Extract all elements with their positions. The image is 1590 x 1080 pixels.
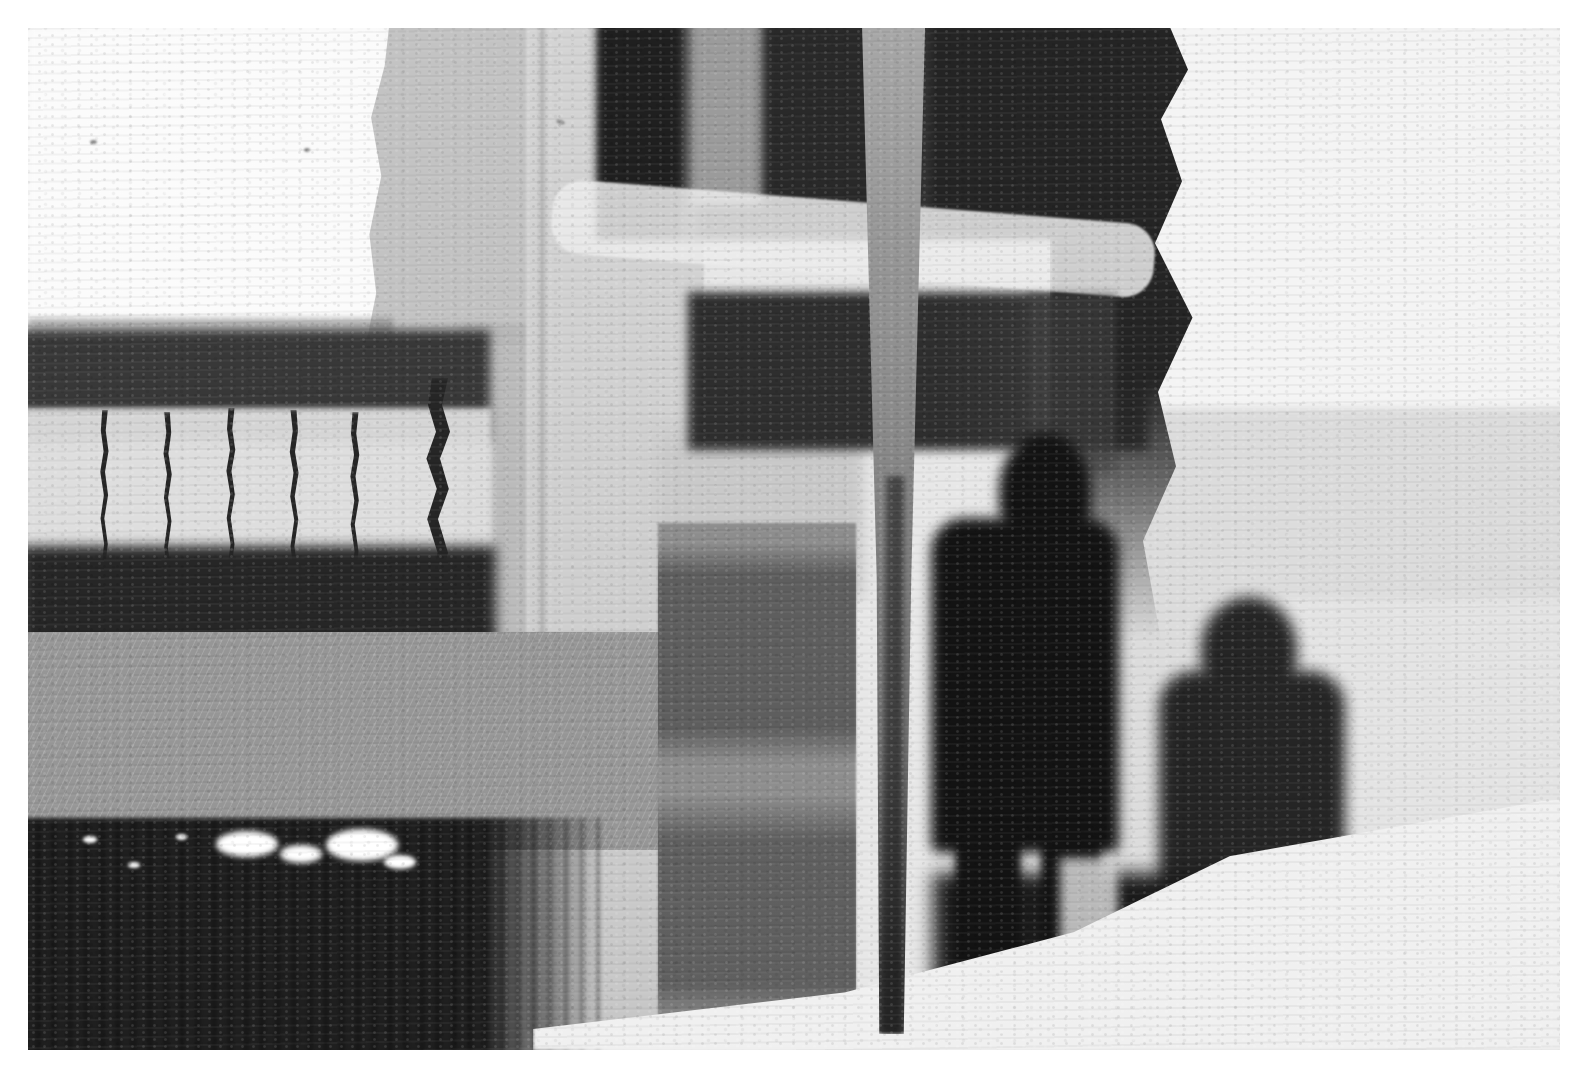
sparkle-blob: [384, 855, 416, 869]
sparkle-blob: [326, 829, 398, 861]
tower-wall-seam: [540, 28, 544, 720]
sparkle-blob: [280, 845, 322, 863]
sparkle-blob: [216, 831, 278, 857]
dust-speck: [304, 148, 310, 152]
photo-frame: [0, 0, 1590, 1080]
sparkle-dot: [176, 834, 187, 840]
lamp-post-core: [882, 476, 905, 1034]
tower-reflection-bands: [658, 523, 856, 1035]
sky-upper-left: [28, 28, 396, 356]
water-sparkle-cluster: [208, 823, 438, 898]
sparkle-dot: [128, 862, 140, 868]
building-wall-left: [366, 28, 536, 345]
window-mullion: [690, 28, 762, 205]
sparkle-dot: [83, 836, 97, 843]
figure-body: [931, 518, 1119, 853]
photo: [28, 28, 1560, 1050]
dust-speck: [90, 140, 97, 144]
